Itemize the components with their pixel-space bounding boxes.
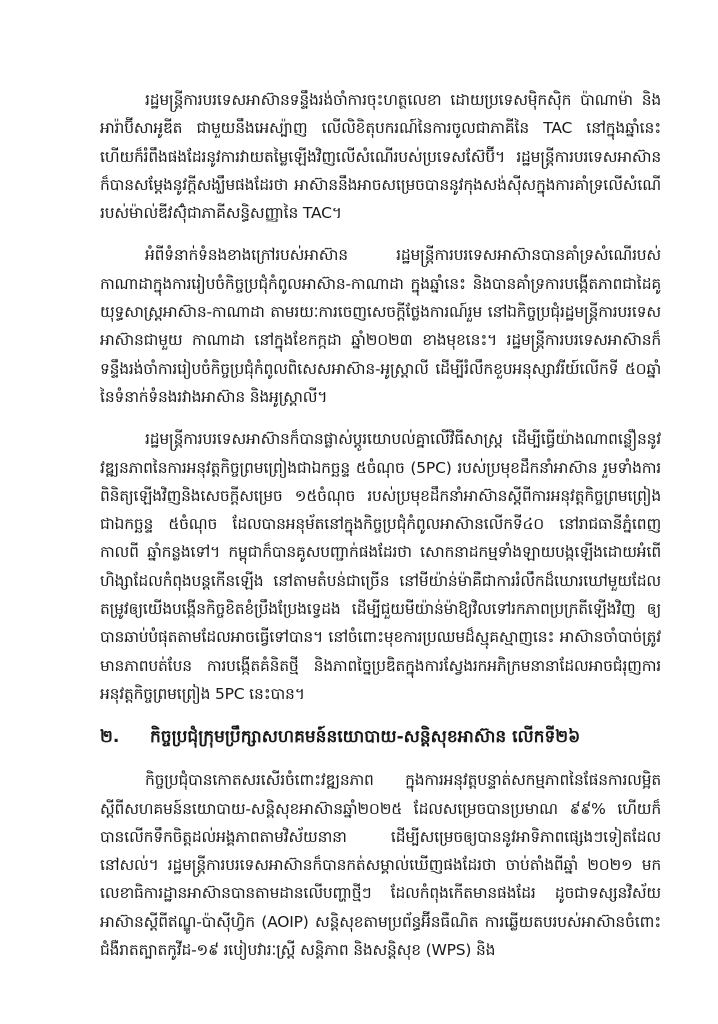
section-heading: ២. កិច្ចប្រជុំក្រុមប្រឹក្សាសហគមន៍នយោបាយ-… [100,722,661,752]
paragraph-tac-accession: រដ្ឋមន្ត្រីការបរទេសអាស៊ានទន្ទឹងរង់ចាំការ… [100,86,661,227]
paragraph-myanmar-5pc: រដ្ឋមន្ត្រីការបរទេសអាស៊ានក៏បានផ្លាស់ប្តូ… [100,425,661,708]
document-page: រដ្ឋមន្ត្រីការបរទេសអាស៊ានទន្ទឹងរង់ចាំការ… [100,86,661,978]
section-title: កិច្ចប្រជុំក្រុមប្រឹក្សាសហគមន៍នយោបាយ-សន្… [150,722,661,752]
paragraph-apsc-progress: កិច្ចប្រជុំបានកោតសរសើរចំពោះវឌ្ឍនភាព ក្នុ… [100,766,661,964]
paragraph-external-relations: អំពីទំនាក់ទំនងខាងក្រៅរបស់អាស៊ាន រដ្ឋមន្ត… [100,241,661,411]
section-number: ២. [100,722,150,752]
